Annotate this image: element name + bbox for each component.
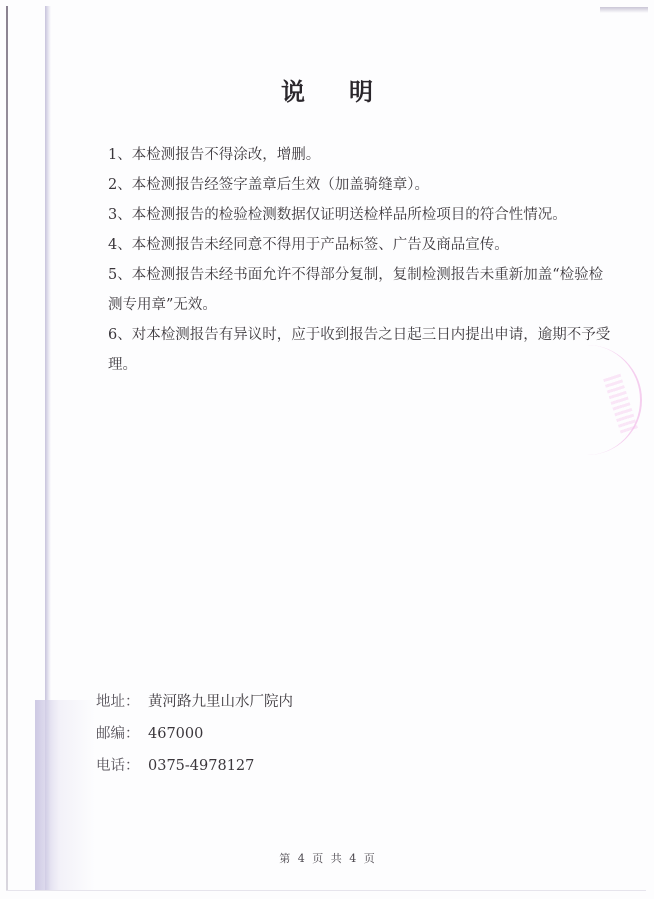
note-item-2: 2、本检测报告经签字盖章后生效（加盖骑缝章）。	[108, 170, 628, 200]
note-item-5: 5、本检测报告未经书面允许不得部分复制，复制检测报告未重新加盖“检验检 测专用章…	[108, 260, 628, 320]
notes-list: 1、本检测报告不得涂改，增删。 2、本检测报告经签字盖章后生效（加盖骑缝章）。 …	[108, 140, 628, 380]
contact-info: 地址： 黄河路九里山水厂院内 邮编： 467000 电话： 0375-49781…	[96, 686, 293, 782]
note-item-6: 6、对本检测报告有异议时，应于收到报告之日起三日内提出申请，逾期不予受 理。	[108, 320, 628, 380]
seal-text-marks	[603, 374, 639, 437]
note-text: 本检测报告的检验检测数据仅证明送检样品所检项目的符合性情况。	[132, 207, 567, 223]
title-char-2: 明	[349, 72, 373, 107]
note-number: 2、	[108, 177, 132, 193]
scan-edge-left	[6, 6, 8, 890]
page-title: 说明	[0, 72, 654, 107]
postcode-value: 467000	[148, 718, 203, 750]
official-seal-stamp	[560, 345, 642, 455]
note-number: 3、	[108, 207, 132, 223]
scan-edge-top	[600, 7, 648, 13]
address-value: 黄河路九里山水厂院内	[148, 686, 293, 718]
note-number: 6、	[108, 327, 132, 343]
phone-label: 电话：	[96, 750, 148, 782]
document-page: 说明 1、本检测报告不得涂改，增删。 2、本检测报告经签字盖章后生效（加盖骑缝章…	[0, 0, 654, 899]
note-text: 对本检测报告有异议时，应于收到报告之日起三日内提出申请，逾期不予受	[132, 327, 611, 343]
note-text: 本检测报告未经书面允许不得部分复制，复制检测报告未重新加盖“检验检	[132, 267, 603, 283]
title-char-1: 说	[281, 72, 305, 107]
page-number-footer: 第 4 页 共 4 页	[0, 850, 654, 866]
note-number: 5、	[108, 267, 132, 283]
address-label: 地址：	[96, 686, 148, 718]
note-item-1: 1、本检测报告不得涂改，增删。	[108, 140, 628, 170]
phone-value: 0375-4978127	[148, 750, 254, 782]
note-text-continuation: 理。	[108, 350, 628, 380]
address-row: 地址： 黄河路九里山水厂院内	[96, 686, 293, 718]
note-number: 4、	[108, 237, 132, 253]
postcode-row: 邮编： 467000	[96, 718, 293, 750]
phone-row: 电话： 0375-4978127	[96, 750, 293, 782]
note-item-4: 4、本检测报告未经同意不得用于产品标签、广告及商品宣传。	[108, 230, 628, 260]
note-number: 1、	[108, 147, 132, 163]
note-item-3: 3、本检测报告的检验检测数据仅证明送检样品所检项目的符合性情况。	[108, 200, 628, 230]
postcode-label: 邮编：	[96, 718, 148, 750]
scan-edge-bottom	[6, 890, 646, 891]
note-text: 本检测报告未经同意不得用于产品标签、广告及商品宣传。	[132, 237, 509, 253]
note-text: 本检测报告不得涂改，增删。	[132, 147, 321, 163]
note-text: 本检测报告经签字盖章后生效（加盖骑缝章）。	[132, 177, 429, 193]
note-text-continuation: 测专用章”无效。	[108, 290, 628, 320]
